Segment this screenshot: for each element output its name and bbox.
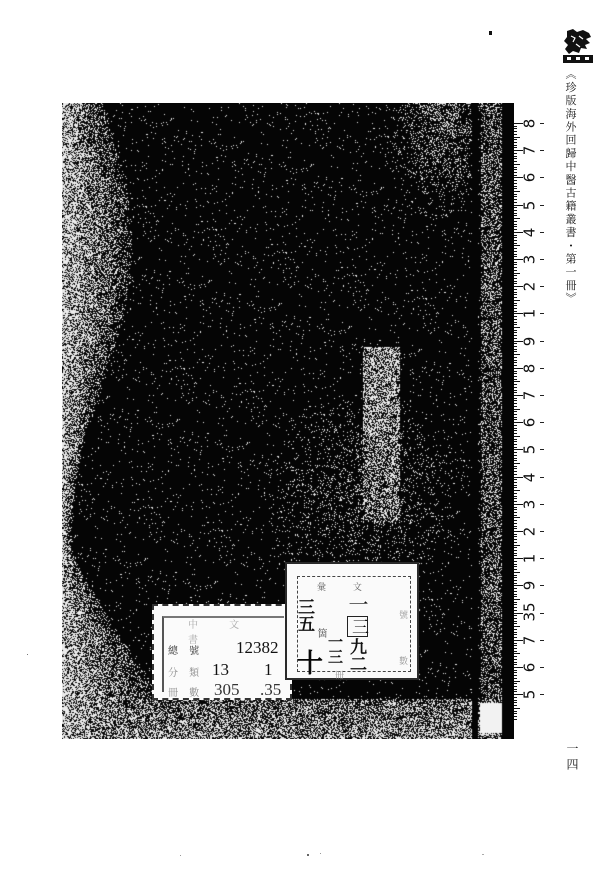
ruler-dash <box>540 177 544 178</box>
ruler-tick <box>514 267 517 268</box>
ruler-tick <box>514 134 517 135</box>
ruler-dash <box>540 313 544 314</box>
ruler-tick <box>514 711 517 712</box>
ruler-tick <box>514 379 517 380</box>
ruler-tick <box>514 509 517 510</box>
ruler-number: 7 <box>523 632 538 648</box>
ruler-dash <box>540 150 544 151</box>
ruler-tick <box>514 319 517 320</box>
ruler-number: 3 <box>523 252 538 268</box>
ruler-tick <box>514 607 517 608</box>
ruler-tick <box>514 433 517 434</box>
ruler-number: 5 <box>523 442 538 458</box>
ruler-tick <box>514 259 523 260</box>
ruler-tick <box>514 672 517 673</box>
ruler-tick <box>514 602 517 603</box>
ruler-tick <box>514 256 517 257</box>
ruler-tick <box>514 156 517 157</box>
ruler-tick <box>514 406 517 407</box>
ruler-tick <box>514 245 520 246</box>
ruler-tick <box>514 520 517 521</box>
ruler-tick <box>514 324 517 325</box>
ruler-tick <box>514 686 517 687</box>
ruler-tick <box>514 713 517 714</box>
label-value: .35 <box>260 680 281 700</box>
ruler-tick <box>514 547 517 548</box>
ruler-tick <box>514 504 523 505</box>
ruler-tick <box>514 229 517 230</box>
ruler-tick <box>514 517 520 518</box>
ruler-tick <box>514 147 517 148</box>
ruler-tick <box>514 218 520 219</box>
label-col-main-bottom: 九二 <box>347 638 364 672</box>
ruler-tick <box>514 248 517 249</box>
ruler-tick <box>514 645 517 646</box>
ruler-tick <box>514 164 520 165</box>
ruler-tick <box>514 708 520 709</box>
ruler-tick <box>514 145 517 146</box>
ruler-tick <box>514 232 523 233</box>
ruler-tick <box>514 526 517 527</box>
ruler-tick <box>514 675 517 676</box>
ruler-number: 2 <box>523 279 538 295</box>
ruler-tick <box>514 501 517 502</box>
ruler-tick <box>514 474 517 475</box>
ruler-tick <box>514 534 517 535</box>
ruler-tick <box>514 392 517 393</box>
ruler-tick <box>514 303 517 304</box>
ruler-tick <box>514 215 517 216</box>
ruler-tick <box>514 390 517 391</box>
label-value: 12382 <box>236 638 279 658</box>
ruler-tick <box>514 667 523 668</box>
ruler-tick <box>514 368 523 369</box>
ruler-tick <box>514 539 517 540</box>
ruler-tick <box>514 656 517 657</box>
ruler-tick <box>514 485 517 486</box>
ruler-dash <box>540 531 544 532</box>
ruler-tick <box>514 689 517 690</box>
ruler-tick <box>514 400 517 401</box>
ruler-tick <box>514 188 517 189</box>
label-col-main-top: 一 <box>347 594 367 614</box>
ruler-tick <box>514 683 517 684</box>
ruler-tick <box>514 417 517 418</box>
ruler-tick <box>514 536 517 537</box>
ruler-tick <box>514 653 520 654</box>
library-label-left: 中 文 書 總 號 12382 分 類 13 1 冊 數 305 .35 <box>152 604 292 700</box>
ruler-tick <box>514 387 517 388</box>
label-side-mark: 號 <box>399 608 408 621</box>
ruler-tick <box>514 283 517 284</box>
ruler-tick <box>514 632 517 633</box>
ruler-tick <box>514 670 517 671</box>
ruler-tick <box>514 264 517 265</box>
ruler-tick <box>514 210 517 211</box>
ruler-tick <box>514 341 523 342</box>
ruler-tick <box>514 637 517 638</box>
ruler-number: 8 <box>523 360 538 376</box>
ruler-tick <box>514 262 517 263</box>
ruler-tick <box>514 681 520 682</box>
ruler-tick <box>514 613 523 614</box>
ruler-tick <box>514 153 517 154</box>
ruler-tick <box>514 651 517 652</box>
ruler-tick <box>514 202 517 203</box>
ruler-tick <box>514 273 520 274</box>
scan-speck <box>27 654 28 655</box>
ruler-tick <box>514 659 517 660</box>
ruler-tick <box>514 702 517 703</box>
ruler-tick <box>514 528 517 529</box>
ruler-tick <box>514 572 520 573</box>
label-col-left-small: 箇 <box>315 628 325 638</box>
ruler-number: 35 <box>523 605 538 621</box>
ruler-tick <box>514 365 517 366</box>
measuring-ruler: 87654321987654321935765 <box>504 103 550 739</box>
ruler-tick <box>514 455 517 456</box>
label-key: 總 號 <box>168 642 203 657</box>
ruler-dash <box>540 640 544 641</box>
ruler-tick <box>514 180 517 181</box>
ruler-tick <box>514 479 517 480</box>
ruler-tick <box>514 564 517 565</box>
ruler-tick <box>514 322 517 323</box>
ruler-tick <box>514 207 517 208</box>
ruler-tick <box>514 691 517 692</box>
ruler-tick <box>514 351 517 352</box>
scan-speck <box>180 855 181 856</box>
ruler-tick <box>514 224 517 225</box>
phoenix-emblem-icon <box>561 27 595 65</box>
ruler-tick <box>514 493 517 494</box>
ruler-tick <box>514 161 517 162</box>
ruler-tick <box>514 196 517 197</box>
ruler-tick <box>514 169 517 170</box>
ruler-tick <box>514 403 517 404</box>
ruler-dash <box>540 694 544 695</box>
ruler-tick <box>514 634 517 635</box>
ruler-tick <box>514 240 517 241</box>
ruler-tick <box>514 213 517 214</box>
ruler-tick <box>514 362 517 363</box>
ruler-number: 5 <box>523 687 538 703</box>
ruler-tick <box>514 583 517 584</box>
ruler-number: 3 <box>523 496 538 512</box>
ruler-dash <box>540 259 544 260</box>
label-value: 1 <box>264 660 273 680</box>
ruler-tick <box>514 398 517 399</box>
ruler-tick <box>514 357 517 358</box>
ruler-tick <box>514 305 517 306</box>
ruler-dash <box>540 123 544 124</box>
ruler-number: 9 <box>523 578 538 594</box>
ruler-tick <box>514 395 523 396</box>
ruler-dash <box>540 422 544 423</box>
ruler-tick <box>514 243 517 244</box>
ruler-tick <box>514 604 517 605</box>
ruler-tick <box>514 447 517 448</box>
ruler-edge <box>504 103 514 739</box>
ruler-tick <box>514 523 517 524</box>
ruler-tick <box>514 558 523 559</box>
ruler-tick <box>514 498 517 499</box>
scan-speck <box>482 854 484 855</box>
ruler-tick <box>514 553 517 554</box>
ruler-tick <box>514 308 517 309</box>
ruler-tick <box>514 591 517 592</box>
ruler-tick <box>514 373 517 374</box>
ruler-tick <box>514 561 517 562</box>
ruler-dash <box>540 395 544 396</box>
ruler-tick <box>514 449 523 450</box>
ruler-tick <box>514 425 517 426</box>
ruler-number: 6 <box>523 415 538 431</box>
ruler-tick <box>514 139 517 140</box>
ruler-tick <box>514 487 517 488</box>
ruler-number: 2 <box>523 524 538 540</box>
ruler-tick <box>514 542 517 543</box>
ruler-tick <box>514 566 517 567</box>
handwritten-mark: 十 <box>297 643 323 680</box>
ruler-tick <box>514 226 517 227</box>
label-value: 305 <box>214 680 240 700</box>
ruler-tick <box>514 545 520 546</box>
ruler-tick <box>514 716 517 717</box>
ruler-tick <box>514 463 520 464</box>
scan-speck <box>320 853 321 854</box>
series-title: 《珍版海外回歸中醫古籍叢書・第一冊》 <box>565 68 576 306</box>
ruler-number: 1 <box>523 306 538 322</box>
ruler-tick <box>514 471 517 472</box>
ruler-dash <box>540 341 544 342</box>
ruler-tick <box>514 428 517 429</box>
ruler-tick <box>514 175 517 176</box>
ruler-tick <box>514 466 517 467</box>
ruler-tick <box>514 254 517 255</box>
ruler-tick <box>514 515 517 516</box>
ruler-dash <box>540 205 544 206</box>
ruler-tick <box>514 411 517 412</box>
ruler-tick <box>514 439 517 440</box>
ruler-number: 6 <box>523 660 538 676</box>
ruler-tick <box>514 150 523 151</box>
label-key: 冊 數 <box>168 684 203 699</box>
ruler-tick <box>514 313 523 314</box>
ruler-tick <box>514 292 517 293</box>
ruler-tick <box>514 286 523 287</box>
ruler-dash <box>540 613 544 614</box>
ruler-tick <box>514 678 517 679</box>
ruler-tick <box>514 452 517 453</box>
ruler-tick <box>514 422 523 423</box>
label-col-main-boxed: 三 <box>347 616 368 637</box>
ruler-tick <box>514 414 517 415</box>
ruler-tick <box>514 191 520 192</box>
ruler-tick <box>514 183 517 184</box>
ruler-tick <box>514 142 517 143</box>
ruler-tick <box>514 281 517 282</box>
ruler-tick <box>514 297 517 298</box>
ruler-tick <box>514 360 517 361</box>
ruler-tick <box>514 623 517 624</box>
ruler-tick <box>514 126 517 127</box>
ruler-tick <box>514 338 517 339</box>
ruler-tick <box>514 270 517 271</box>
ruler-tick <box>514 194 517 195</box>
ruler-tick <box>514 468 517 469</box>
ruler-tick <box>514 577 517 578</box>
label-header-left: 彙 文 <box>317 580 374 593</box>
ruler-tick <box>514 172 517 173</box>
ruler-tick <box>514 300 520 301</box>
ruler-tick <box>514 599 520 600</box>
ruler-tick <box>514 335 517 336</box>
ruler-dash <box>540 477 544 478</box>
ruler-tick <box>514 610 517 611</box>
ruler-tick <box>514 343 517 344</box>
label-col-second: 一三 <box>327 634 342 664</box>
ruler-tick <box>514 354 520 355</box>
ruler-tick <box>514 384 517 385</box>
ruler-tick <box>514 349 517 350</box>
scan-speck <box>307 854 309 856</box>
ruler-tick <box>514 664 517 665</box>
ruler-tick <box>514 441 517 442</box>
ruler-tick <box>514 381 520 382</box>
ruler-tick <box>514 199 517 200</box>
ruler-tick <box>514 371 517 372</box>
ruler-tick <box>514 700 517 701</box>
ruler-number: 4 <box>523 224 538 240</box>
ruler-tick <box>514 376 517 377</box>
ruler-tick <box>514 409 520 410</box>
ruler-tick <box>514 278 517 279</box>
ruler-number: 8 <box>523 116 538 132</box>
ruler-tick <box>514 588 517 589</box>
ruler-number: 1 <box>523 551 538 567</box>
ruler-tick <box>514 186 517 187</box>
ruler-tick <box>514 496 517 497</box>
ruler-tick <box>514 235 517 236</box>
ruler-tick <box>514 662 517 663</box>
ruler-tick <box>514 585 523 586</box>
ruler-tick <box>514 596 517 597</box>
ruler-tick <box>514 482 517 483</box>
ruler-tick <box>514 346 517 347</box>
ruler-tick <box>514 697 517 698</box>
ruler-tick <box>514 550 517 551</box>
ruler-number: 4 <box>523 469 538 485</box>
ruler-tick <box>514 444 517 445</box>
scan-speck <box>489 31 492 35</box>
ruler-tick <box>514 237 517 238</box>
ruler-tick <box>514 531 523 532</box>
ruler-tick <box>514 615 517 616</box>
ruler-tick <box>514 460 517 461</box>
ruler-number: 7 <box>523 388 538 404</box>
ruler-tick <box>514 158 517 159</box>
ruler-tick <box>514 131 517 132</box>
ruler-tick <box>514 430 517 431</box>
label-col-left: 三五 <box>295 598 312 632</box>
ruler-tick <box>514 629 517 630</box>
ruler-tick <box>514 555 517 556</box>
ruler-tick <box>514 419 517 420</box>
ruler-tick <box>514 648 517 649</box>
ruler-tick <box>514 640 523 641</box>
ruler-dash <box>540 368 544 369</box>
ruler-dash <box>540 504 544 505</box>
ruler-tick <box>514 580 517 581</box>
ruler-tick <box>514 251 517 252</box>
page-number: 一四 <box>566 742 578 774</box>
ruler-tick <box>514 205 523 206</box>
ruler-dash <box>540 667 544 668</box>
ruler-tick <box>514 275 517 276</box>
ruler-tick <box>514 311 517 312</box>
ruler-tick <box>514 477 523 478</box>
ruler-dash <box>540 232 544 233</box>
ruler-dash <box>540 449 544 450</box>
ruler-tick <box>514 294 517 295</box>
ruler-tick <box>514 137 520 138</box>
ruler-tick <box>514 327 520 328</box>
ruler-tick <box>514 123 523 124</box>
label-value: 13 <box>212 660 229 680</box>
ruler-number: 9 <box>523 333 538 349</box>
ruler-number: 6 <box>523 170 538 186</box>
label-footer: 冊 <box>335 668 344 681</box>
ruler-tick <box>514 330 517 331</box>
ruler-tick <box>514 705 517 706</box>
ruler-tick <box>514 128 517 129</box>
ruler-dash <box>540 585 544 586</box>
ruler-number: 5 <box>523 197 538 213</box>
ruler-tick <box>514 316 517 317</box>
ruler-number: 7 <box>523 143 538 159</box>
ruler-tick <box>514 458 517 459</box>
ruler-tick <box>514 694 523 695</box>
ruler-dash <box>540 286 544 287</box>
ruler-tick <box>514 490 520 491</box>
ruler-tick <box>514 221 517 222</box>
ruler-tick <box>514 177 523 178</box>
ruler-tick <box>514 507 517 508</box>
label-side-mark: 數 <box>399 654 408 667</box>
ruler-dash <box>540 558 544 559</box>
label-key: 分 類 <box>168 664 203 679</box>
ruler-tick <box>514 621 517 622</box>
ruler-tick <box>514 436 520 437</box>
ruler-tick <box>514 332 517 333</box>
ruler-tick <box>514 626 520 627</box>
ruler-tick <box>514 594 517 595</box>
ruler-tick <box>514 643 517 644</box>
ruler-tick <box>514 512 517 513</box>
ruler-tick <box>514 719 517 720</box>
ruler-tick <box>514 618 517 619</box>
ruler-tick <box>514 569 517 570</box>
ruler-tick <box>514 167 517 168</box>
ruler-tick <box>514 289 517 290</box>
ruler-tick <box>514 575 517 576</box>
